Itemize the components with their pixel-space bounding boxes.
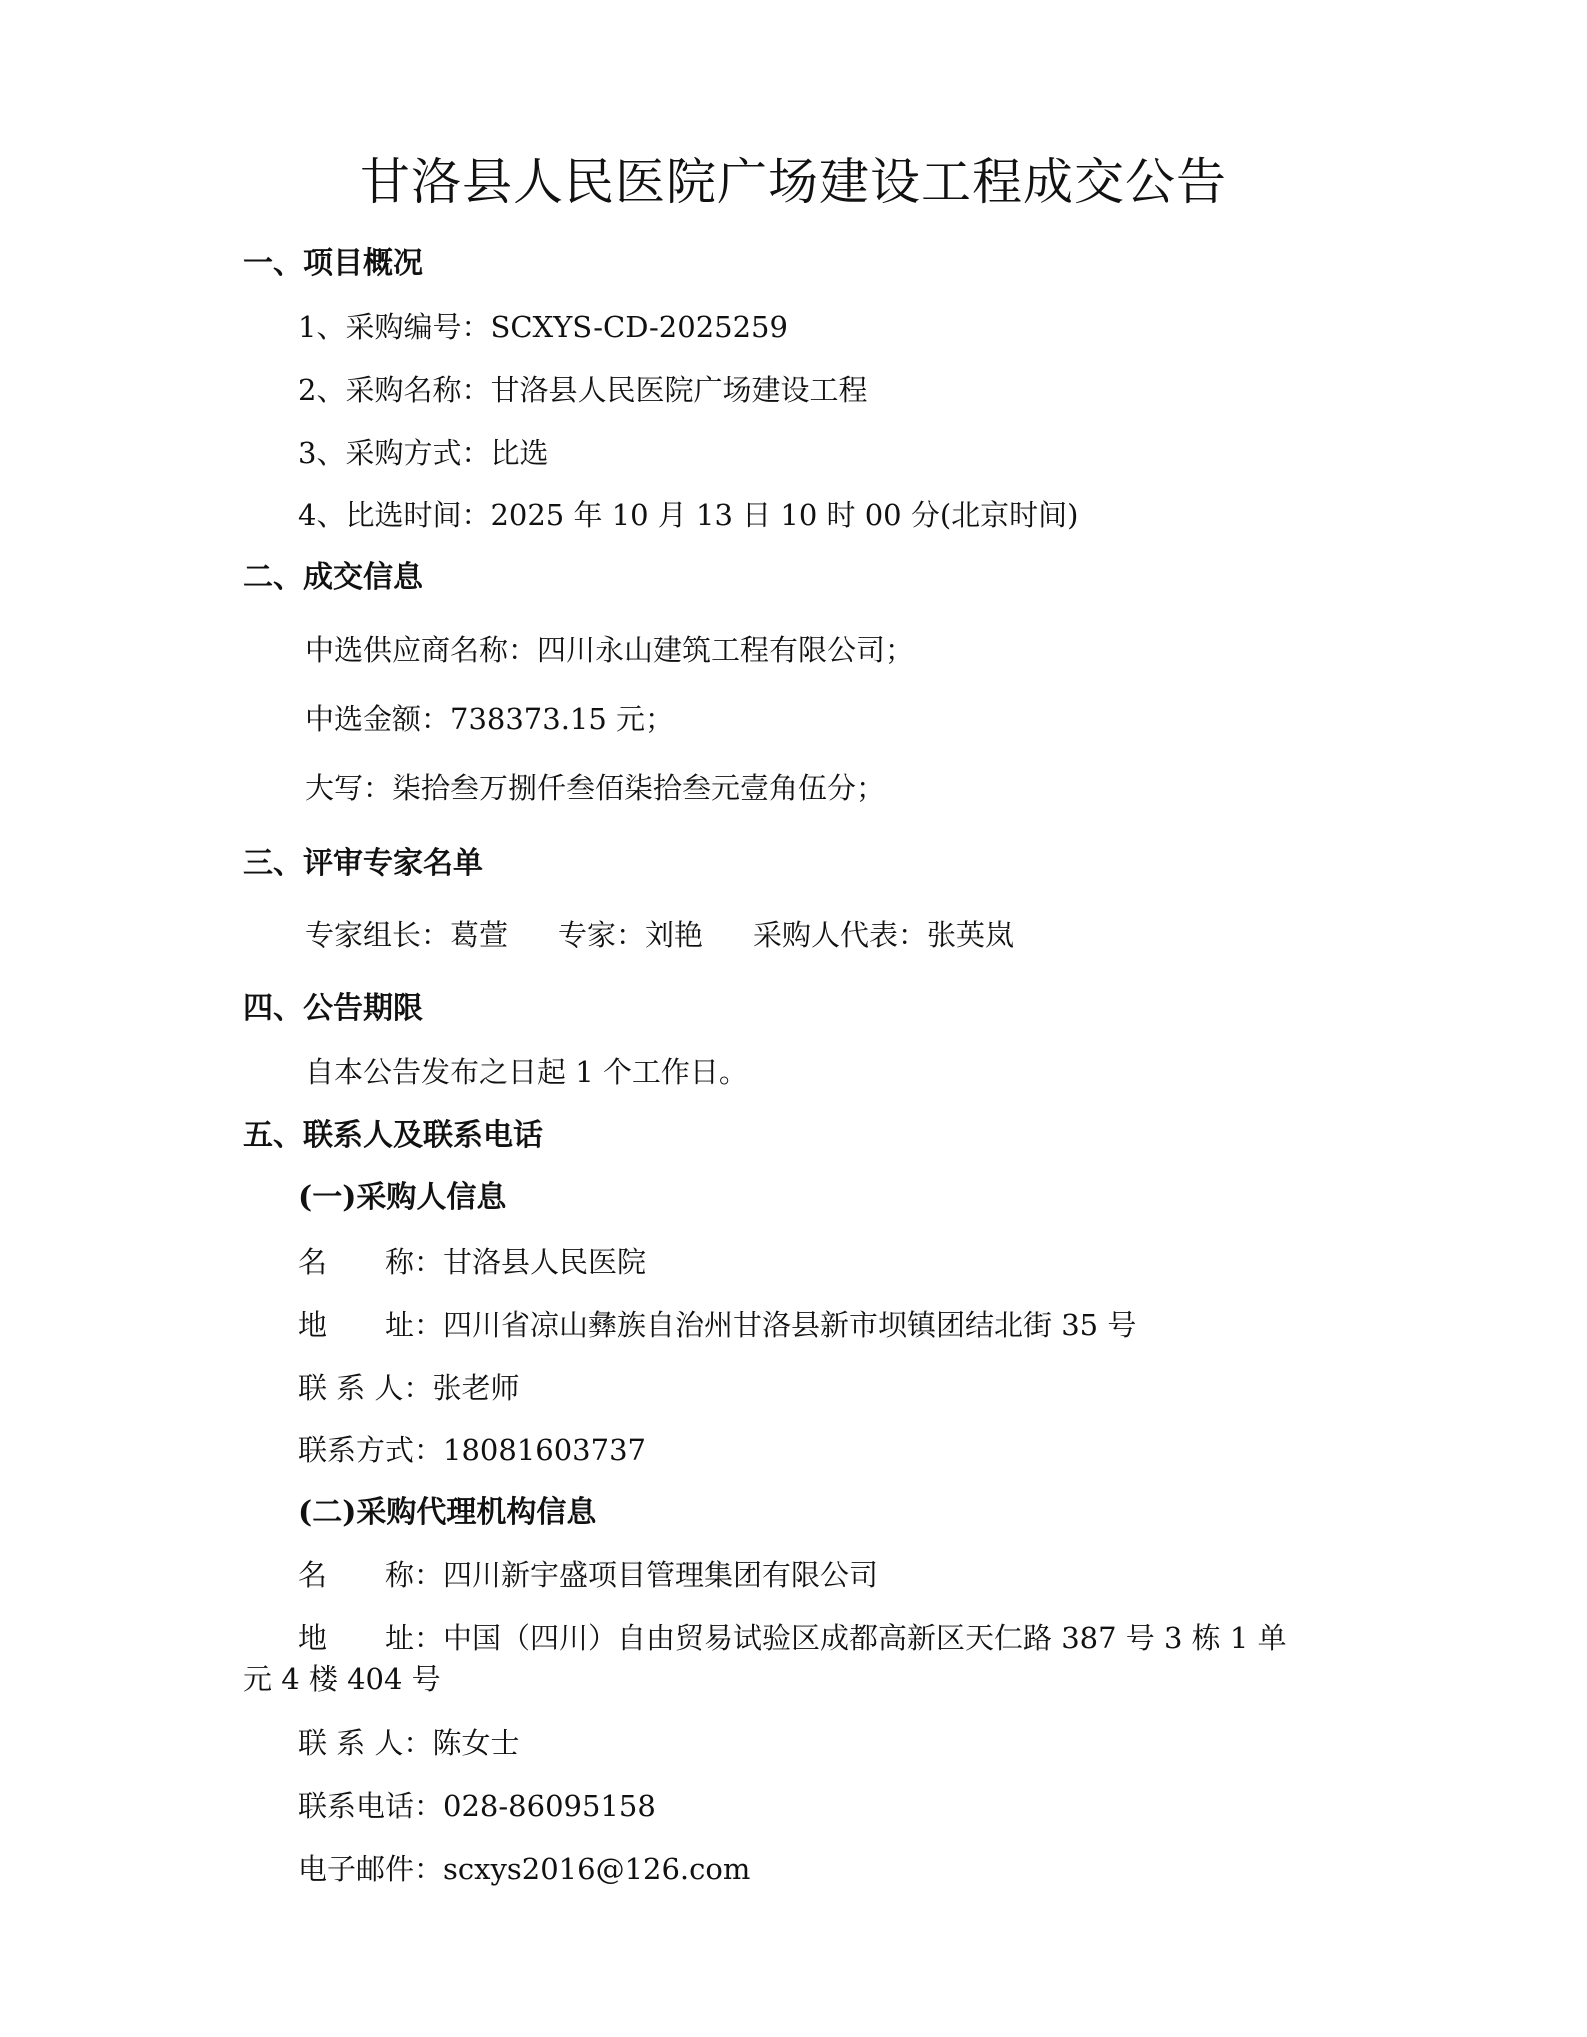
value: 张老师 [432, 1371, 519, 1405]
label: 联系方式： [298, 1433, 443, 1467]
purchaser-phone: 联系方式：18081603737 [298, 1432, 646, 1468]
value: 中国（四川）自由贸易试验区成都高新区天仁路 387 号 3 栋 1 单 [443, 1621, 1287, 1655]
purchaser-contact: 联 系 人：张老师 [298, 1370, 519, 1406]
agency-info-heading: (二)采购代理机构信息 [298, 1495, 596, 1531]
agency-phone: 联系电话：028-86095158 [298, 1788, 656, 1824]
announcement-period-text: 自本公告发布之日起 1 个工作日。 [305, 1054, 748, 1090]
section-heading-announcement-period: 四、公告期限 [243, 991, 423, 1027]
procurement-method: 3、采购方式：比选 [298, 435, 548, 471]
section-heading-project-overview: 一、项目概况 [243, 246, 423, 282]
value: 四川新宇盛项目管理集团有限公司 [443, 1558, 878, 1592]
label: 联 系 人： [298, 1371, 432, 1405]
winning-amount-words: 大写：柒拾叁万捌仟叁佰柒拾叁元壹角伍分； [305, 770, 885, 806]
value: 028-86095158 [443, 1789, 656, 1823]
label: 名 称： [298, 1245, 443, 1279]
purchaser-info-heading: (一)采购人信息 [298, 1180, 506, 1216]
value: scxys2016@126.com [443, 1852, 750, 1886]
label: 名 称： [298, 1558, 443, 1592]
expert-member: 专家：刘艳 [558, 918, 703, 952]
page-title: 甘洛县人民医院广场建设工程成交公告 [0, 150, 1587, 214]
section-heading-contacts: 五、联系人及联系电话 [243, 1118, 543, 1154]
agency-email: 电子邮件：scxys2016@126.com [298, 1851, 750, 1887]
label: 电子邮件： [298, 1852, 443, 1886]
value: 四川省凉山彝族自治州甘洛县新市坝镇团结北街 35 号 [443, 1308, 1136, 1342]
value: 甘洛县人民医院 [443, 1245, 646, 1279]
winning-amount: 中选金额：738373.15 元； [305, 701, 674, 737]
section-heading-expert-list: 三、评审专家名单 [243, 846, 483, 882]
procurement-number: 1、采购编号：SCXYS-CD-2025259 [298, 309, 788, 345]
agency-name: 名 称：四川新宇盛项目管理集团有限公司 [298, 1557, 878, 1593]
purchaser-address: 地 址：四川省凉山彝族自治州甘洛县新市坝镇团结北街 35 号 [298, 1307, 1136, 1343]
value: 陈女士 [432, 1726, 519, 1760]
label: 地 址： [298, 1621, 443, 1655]
section-heading-deal-info: 二、成交信息 [243, 560, 423, 596]
purchaser-representative: 采购人代表：张英岚 [753, 918, 1014, 952]
expert-leader: 专家组长：葛萱 [305, 918, 508, 952]
agency-address-line1: 地 址：中国（四川）自由贸易试验区成都高新区天仁路 387 号 3 栋 1 单 [298, 1620, 1287, 1656]
label: 联 系 人： [298, 1726, 432, 1760]
label: 联系电话： [298, 1789, 443, 1823]
label: 地 址： [298, 1308, 443, 1342]
selection-time: 4、比选时间：2025 年 10 月 13 日 10 时 00 分(北京时间) [298, 497, 1078, 533]
value: 18081603737 [443, 1433, 646, 1467]
agency-address-line2: 元 4 楼 404 号 [243, 1661, 441, 1697]
winning-supplier: 中选供应商名称：四川永山建筑工程有限公司； [305, 632, 914, 668]
procurement-name: 2、采购名称：甘洛县人民医院广场建设工程 [298, 372, 867, 408]
expert-list: 专家组长：葛萱专家：刘艳采购人代表：张英岚 [305, 917, 1014, 953]
purchaser-name: 名 称：甘洛县人民医院 [298, 1244, 646, 1280]
agency-contact: 联 系 人：陈女士 [298, 1725, 519, 1761]
